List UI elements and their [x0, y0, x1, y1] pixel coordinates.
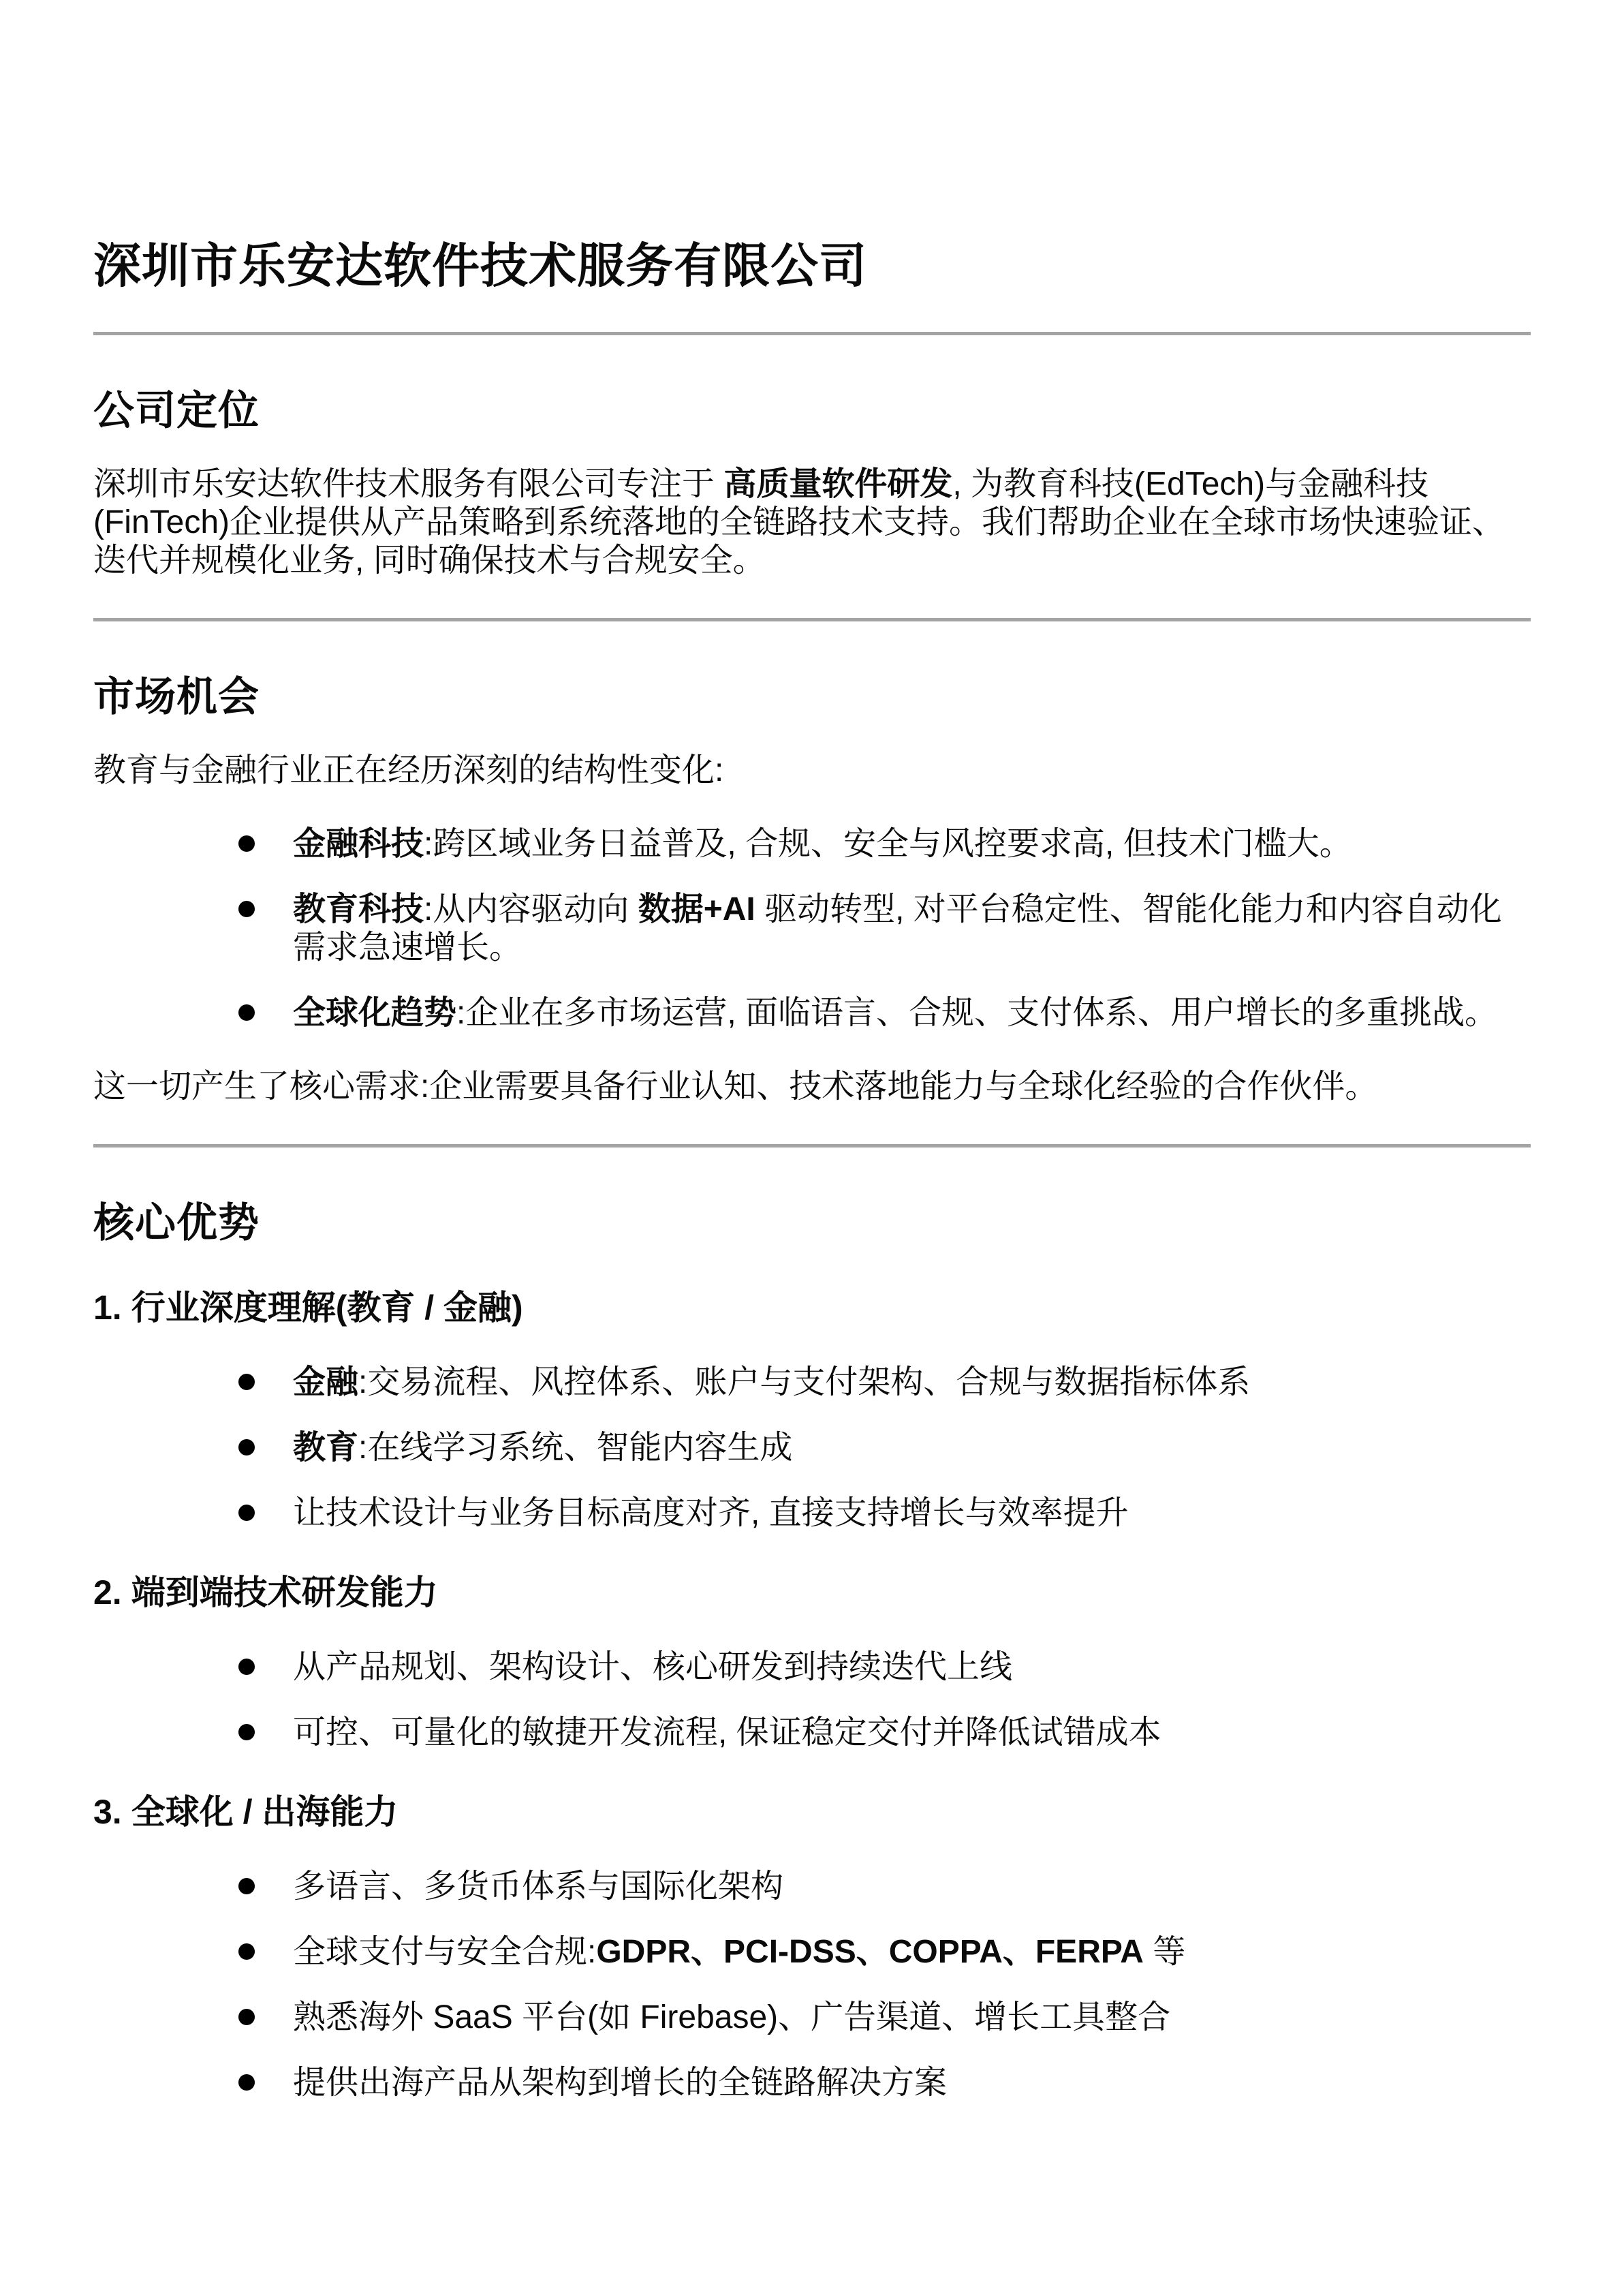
list-item: 全球化趋势:企业在多市场运营, 面临语言、合规、支付体系、用户增长的多重挑战。 — [293, 994, 1531, 1032]
text-run: :在线学习系统、智能内容生成 — [358, 1430, 792, 1466]
bullet-icon — [238, 1724, 255, 1740]
text-run: 等 — [1144, 1934, 1185, 1970]
subsection-number: 3. — [93, 1793, 122, 1831]
list-item: 教育科技:从内容驱动向 数据+AI 驱动转型, 对平台稳定性、智能化能力和内容自… — [293, 891, 1531, 967]
bold-text-run: 高质量软件研发 — [723, 466, 952, 502]
bullet-icon — [238, 1505, 255, 1521]
bold-text-run: 教育科技 — [293, 891, 424, 927]
list-item: 全球支付与安全合规:GDPR、PCI-DSS、COPPA、FERPA 等 — [293, 1933, 1531, 1971]
bullet-icon — [238, 1004, 255, 1021]
bullet-icon — [238, 901, 255, 917]
list-item: 金融:交易流程、风控体系、账户与支付架构、合规与数据指标体系 — [293, 1364, 1531, 1402]
section-core-strengths: 核心优势 1.行业深度理解(教育 / 金融)金融:交易流程、风控体系、账户与支付… — [93, 1199, 1531, 2102]
list-item: 可控、可量化的敏捷开发流程, 保证稳定交付并降低试错成本 — [293, 1714, 1531, 1752]
text-run: 深圳市乐安达软件技术服务有限公司专注于 — [93, 466, 723, 502]
list-item: 从产品规划、架构设计、核心研发到持续迭代上线 — [293, 1648, 1531, 1686]
bullet-icon — [238, 2009, 255, 2025]
market-intro-paragraph: 教育与金融行业正在经历深刻的结构性变化: — [93, 752, 1531, 790]
core-subsection-bullet-list: 从产品规划、架构设计、核心研发到持续迭代上线可控、可量化的敏捷开发流程, 保证稳… — [93, 1648, 1531, 1752]
text-run: 熟悉海外 SaaS 平台(如 Firebase)、广告渠道、增长工具整合 — [293, 1999, 1170, 2035]
core-subsection-bullet-list: 金融:交易流程、风控体系、账户与支付架构、合规与数据指标体系教育:在线学习系统、… — [93, 1364, 1531, 1532]
section-company-positioning: 公司定位 深圳市乐安达软件技术服务有限公司专注于 高质量软件研发, 为教育科技(… — [93, 386, 1531, 580]
section-divider — [93, 332, 1531, 335]
text-run: 从产品规划、架构设计、核心研发到持续迭代上线 — [293, 1649, 1012, 1685]
bold-text-run: 教育 — [293, 1430, 358, 1466]
text-run: 提供出海产品从架构到增长的全链路解决方案 — [293, 2065, 947, 2101]
bullet-icon — [238, 1659, 255, 1675]
core-strengths-subsections: 1.行业深度理解(教育 / 金融)金融:交易流程、风控体系、账户与支付架构、合规… — [93, 1287, 1531, 2102]
list-item: 让技术设计与业务目标高度对齐, 直接支持增长与效率提升 — [293, 1494, 1531, 1532]
subsection-number: 2. — [93, 1573, 122, 1612]
text-run: :交易流程、风控体系、账户与支付架构、合规与数据指标体系 — [358, 1364, 1250, 1400]
bullet-icon — [238, 835, 255, 852]
text-run: :跨区域业务日益普及, 合规、安全与风控要求高, 但技术门槛大。 — [424, 826, 1352, 862]
bold-text-run: 金融科技 — [293, 826, 424, 862]
list-item: 金融科技:跨区域业务日益普及, 合规、安全与风控要求高, 但技术门槛大。 — [293, 825, 1531, 863]
bullet-icon — [238, 2074, 255, 2091]
bold-text-run: GDPR、PCI-DSS、COPPA、FERPA — [596, 1934, 1144, 1970]
page-title: 深圳市乐安达软件技术服务有限公司 — [93, 238, 1531, 294]
core-subsection-bullet-list: 多语言、多货币体系与国际化架构全球支付与安全合规:GDPR、PCI-DSS、CO… — [93, 1868, 1531, 2102]
market-bullet-list: 金融科技:跨区域业务日益普及, 合规、安全与风控要求高, 但技术门槛大。教育科技… — [93, 825, 1531, 1032]
text-run: 可控、可量化的敏捷开发流程, 保证稳定交付并降低试错成本 — [293, 1714, 1161, 1751]
subsection-title: 行业深度理解(教育 / 金融) — [131, 1289, 523, 1327]
text-run: :从内容驱动向 — [424, 891, 638, 927]
document-page: 深圳市乐安达软件技术服务有限公司 公司定位 深圳市乐安达软件技术服务有限公司专注… — [0, 0, 1624, 2295]
market-closing-paragraph: 这一切产生了核心需求:企业需要具备行业认知、技术落地能力与全球化经验的合作伙伴。 — [93, 1068, 1531, 1106]
section-divider — [93, 1144, 1531, 1147]
bullet-icon — [238, 1878, 255, 1894]
subsection-title: 全球化 / 出海能力 — [131, 1793, 399, 1831]
market-opportunity-heading: 市场机会 — [93, 673, 1531, 722]
core-subsection-heading-2: 2.端到端技术研发能力 — [93, 1572, 1531, 1613]
subsection-title: 端到端技术研发能力 — [131, 1573, 438, 1612]
bold-text-run: 数据+AI — [638, 891, 755, 927]
text-run: 让技术设计与业务目标高度对齐, 直接支持增长与效率提升 — [293, 1495, 1129, 1531]
bullet-icon — [238, 1943, 255, 1960]
list-item: 提供出海产品从架构到增长的全链路解决方案 — [293, 2064, 1531, 2102]
bullet-icon — [238, 1439, 255, 1455]
company-positioning-paragraph: 深圳市乐安达软件技术服务有限公司专注于 高质量软件研发, 为教育科技(EdTec… — [93, 465, 1531, 580]
subsection-number: 1. — [93, 1289, 122, 1327]
text-run: 全球支付与安全合规: — [293, 1934, 596, 1970]
section-divider — [93, 618, 1531, 621]
core-subsection-heading-1: 1.行业深度理解(教育 / 金融) — [93, 1287, 1531, 1328]
section-market-opportunity: 市场机会 教育与金融行业正在经历深刻的结构性变化: 金融科技:跨区域业务日益普及… — [93, 673, 1531, 1106]
company-positioning-heading: 公司定位 — [93, 386, 1531, 435]
bold-text-run: 金融 — [293, 1364, 358, 1400]
bullet-icon — [238, 1374, 255, 1390]
text-run: :企业在多市场运营, 面临语言、合规、支付体系、用户增长的多重挑战。 — [456, 995, 1497, 1031]
core-strengths-heading: 核心优势 — [93, 1199, 1531, 1248]
list-item: 熟悉海外 SaaS 平台(如 Firebase)、广告渠道、增长工具整合 — [293, 1999, 1531, 2037]
list-item: 教育:在线学习系统、智能内容生成 — [293, 1429, 1531, 1467]
core-subsection-heading-3: 3.全球化 / 出海能力 — [93, 1791, 1531, 1832]
bold-text-run: 全球化趋势 — [293, 995, 456, 1031]
text-run: 多语言、多货币体系与国际化架构 — [293, 1868, 783, 1905]
list-item: 多语言、多货币体系与国际化架构 — [293, 1868, 1531, 1906]
